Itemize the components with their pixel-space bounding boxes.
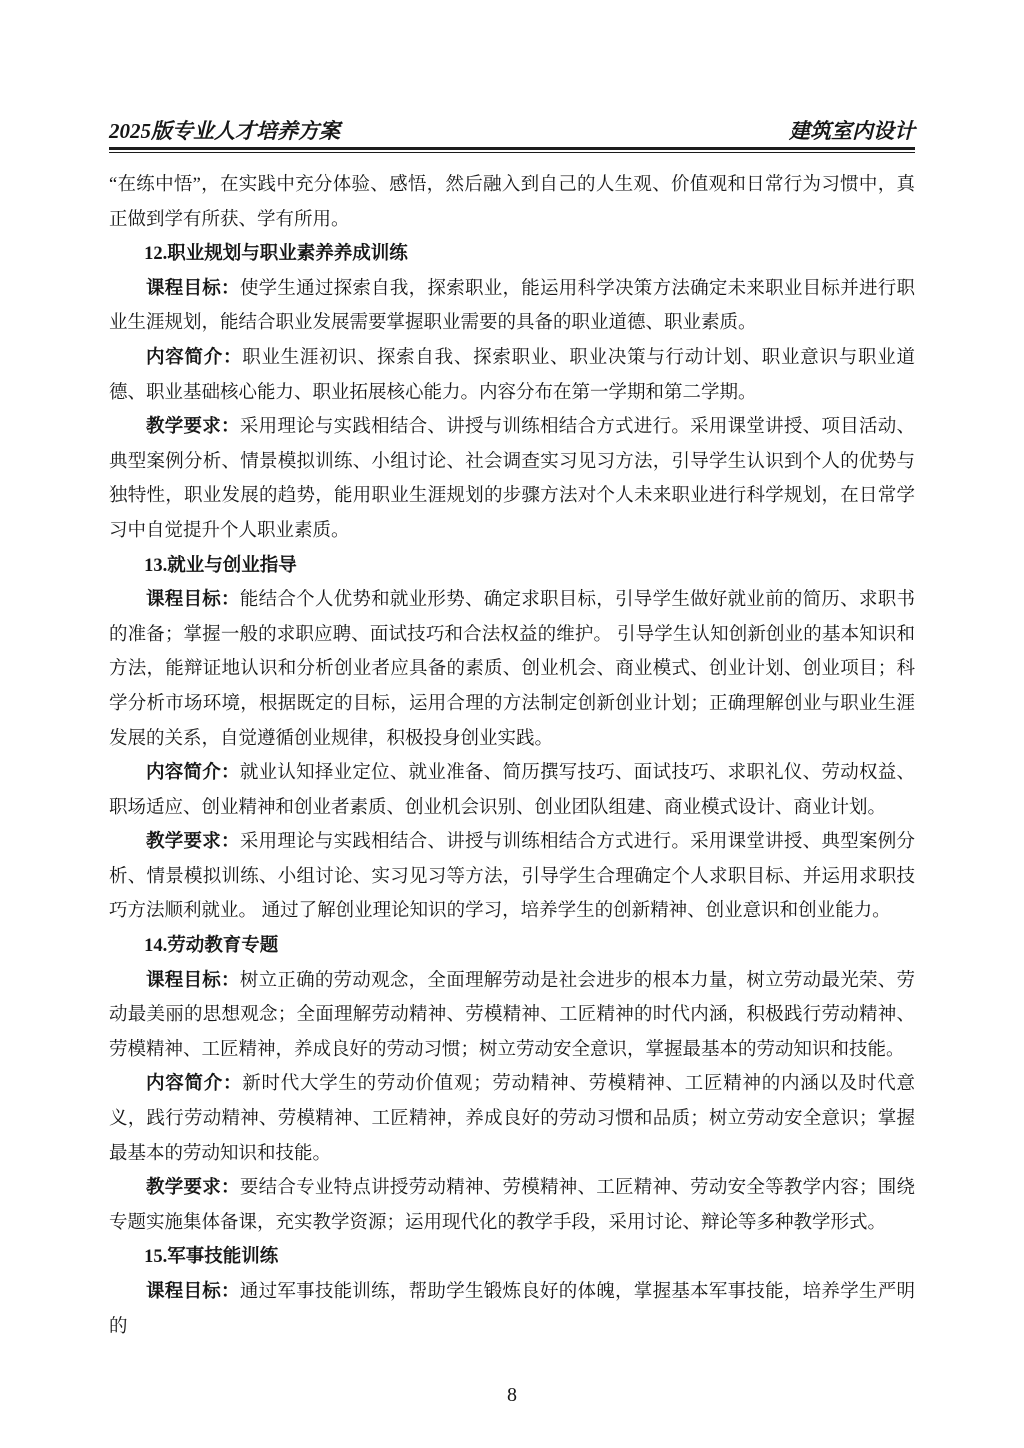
paragraph: 教学要求：采用理论与实践相结合、讲授与训练相结合方式进行。采用课堂讲授、项目活动… [109,410,915,548]
paragraph: “在练中悟”，在实践中充分体验、感悟，然后融入到自己的人生观、价值观和日常行为习… [109,168,915,237]
paragraph: 课程目标：能结合个人优势和就业形势、确定求职目标，引导学生做好就业前的简历、求职… [109,583,915,756]
paragraph: 内容简介：就业认知择业定位、就业准备、简历撰写技巧、面试技巧、求职礼仪、劳动权益… [109,756,915,825]
paragraph: 课程目标：使学生通过探索自我，探索职业，能运用科学决策方法确定未来职业目标并进行… [109,272,915,341]
paragraph-label: 教学要求： [146,1178,240,1198]
paragraph: 教学要求：采用理论与实践相结合、讲授与训练相结合方式进行。采用课堂讲授、典型案例… [109,825,915,929]
paragraph: 内容简介：职业生涯初识、探索自我、探索职业、职业决策与行动计划、职业意识与职业道… [109,341,915,410]
section-heading: 15.军事技能训练 [109,1240,915,1275]
page-header: 2025版专业人才培养方案 建筑室内设计 [109,0,915,145]
paragraph-label: 课程目标： [146,590,240,610]
document-page: 2025版专业人才培养方案 建筑室内设计 “在练中悟”，在实践中充分体验、感悟，… [0,0,1024,1448]
paragraph-label: 内容简介： [146,348,242,368]
paragraph-label: 课程目标： [146,1282,240,1302]
paragraph-label: 课程目标： [146,971,240,991]
paragraph-label: 内容简介： [146,1074,242,1094]
header-left-title: 2025版专业人才培养方案 [109,118,340,145]
paragraph-label: 教学要求： [146,832,240,852]
section-heading: 12.职业规划与职业素养养成训练 [109,237,915,272]
paragraph-label: 教学要求： [146,417,240,437]
paragraph-label: 课程目标： [146,279,240,299]
page-content: 2025版专业人才培养方案 建筑室内设计 “在练中悟”，在实践中充分体验、感悟，… [109,0,915,1344]
header-right-title: 建筑室内设计 [789,118,915,145]
paragraph: 教学要求：要结合专业特点讲授劳动精神、劳模精神、工匠精神、劳动安全等教学内容；围… [109,1171,915,1240]
paragraph-label: 内容简介： [146,763,240,783]
section-heading: 14.劳动教育专题 [109,929,915,964]
paragraph: 课程目标：通过军事技能训练，帮助学生锻炼良好的体魄，掌握基本军事技能，培养学生严… [109,1275,915,1344]
header-rule [109,147,915,153]
paragraph: 课程目标：树立正确的劳动观念，全面理解劳动是社会进步的根本力量，树立劳动最光荣、… [109,964,915,1068]
paragraph: 内容简介：新时代大学生的劳动价值观；劳动精神、劳模精神、工匠精神的内涵以及时代意… [109,1067,915,1171]
document-body: “在练中悟”，在实践中充分体验、感悟，然后融入到自己的人生观、价值观和日常行为习… [109,168,915,1344]
page-number: 8 [0,1383,1024,1407]
paragraph-text: 能结合个人优势和就业形势、确定求职目标，引导学生做好就业前的简历、求职书的准备；… [109,590,915,748]
section-heading: 13.就业与创业指导 [109,549,915,584]
